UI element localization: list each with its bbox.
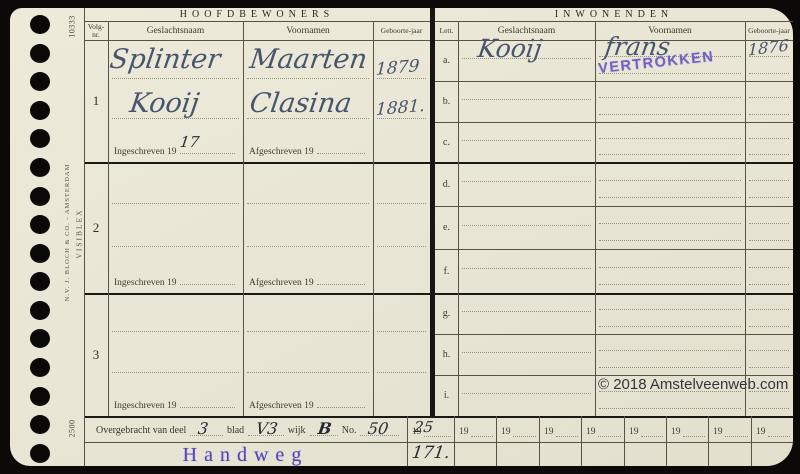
no-label: No. (342, 425, 357, 436)
year-cell: 19 (708, 416, 751, 442)
inwonenden-row-g: g. (435, 293, 793, 334)
brand-name: VISIBLEX (75, 205, 84, 263)
grid-line (458, 21, 459, 416)
inwonenden-row-b: b. (435, 81, 793, 122)
voornamen-cell (595, 334, 745, 375)
year-cell: 19 (751, 416, 793, 442)
letter-cell: f. (435, 249, 458, 293)
punch-hole (30, 187, 50, 206)
letter-cell: i. (435, 375, 458, 416)
punch-hole (30, 387, 50, 406)
geslachtsnaam-cell: Ingeschreven 19 (108, 162, 243, 293)
geslachtsnaam-cell (458, 162, 595, 206)
letter-value: g. (443, 308, 451, 319)
overgebracht-row: Overgebracht van deel 3 blad V3 wijk B N… (84, 416, 407, 442)
letter-value: a. (443, 55, 450, 66)
punch-hole (30, 158, 50, 177)
voornamen-cell: Afgeschreven 19 (243, 162, 373, 293)
col-header-geboortejaar: Geboorte-jaar (373, 21, 430, 40)
letter-value: e. (443, 222, 450, 233)
letter-cell: e. (435, 206, 458, 249)
ingeschreven-label: Ingeschreven 19 (114, 278, 177, 288)
handwritten-year: 25 (413, 418, 435, 436)
letter-value: d. (443, 179, 451, 190)
scan-background: { "card": { "margin": { "top_number": "1… (0, 0, 800, 474)
inwonenden-row-c: c. (435, 122, 793, 162)
geslachtsnaam-cell (458, 81, 595, 122)
punch-hole (30, 15, 50, 34)
geslachtsnaam-cell (458, 375, 595, 416)
geboortejaar-cell (745, 81, 793, 122)
wijk-value: B (316, 419, 332, 438)
punch-hole (30, 129, 50, 148)
blad-value: V3 (255, 419, 279, 438)
handwritten-voornamen: Clasina (248, 88, 354, 119)
inwonenden-title: INWONENDEN (435, 8, 793, 21)
punch-hole (30, 301, 50, 320)
handwritten-geslachtsnaam-inw: Kooij (476, 34, 544, 63)
blad-label: blad (227, 425, 244, 436)
punch-hole (30, 415, 50, 434)
geslachtsnaam-cell (458, 122, 595, 162)
punch-hole (30, 44, 50, 63)
grid-line (84, 21, 793, 22)
grid-line (84, 8, 85, 466)
geslachtsnaam-cell (458, 206, 595, 249)
voornamen-cell (595, 249, 745, 293)
voornamen-cell (595, 122, 745, 162)
grid-line (435, 249, 793, 250)
geboortejaar-cell (745, 122, 793, 162)
geboortejaar-cell (745, 293, 793, 334)
punch-hole (30, 444, 50, 463)
grid-line (745, 21, 746, 416)
volgnr-cell: 3 (84, 293, 108, 416)
geboortejaar-cell (745, 206, 793, 249)
geslachtsnaam-cell (458, 334, 595, 375)
afgeschreven-label: Afgeschreven 19 (249, 401, 314, 411)
voornamen-cell (595, 81, 745, 122)
copyright-watermark: © 2018 Amstelveenweb.com (598, 376, 788, 393)
street-stamp: Handweg (84, 444, 407, 467)
grid-line (595, 21, 596, 416)
geslachtsnaam-cell: Ingeschreven 19 (108, 293, 243, 416)
volgnr-cell: 1 (84, 40, 108, 162)
inwonenden-row-f: f. (435, 249, 793, 293)
inwonenden-row-d: d. (435, 162, 793, 206)
letter-cell: d. (435, 162, 458, 206)
section-divider (430, 8, 435, 416)
voornamen-cell (595, 293, 745, 334)
overgebracht-label: Overgebracht van deel (96, 425, 186, 436)
handwritten-geslachtsnaam: Kooij (128, 88, 201, 119)
registry-card: 10333 VISIBLEX N.V. J. BLOCH & CO. - AMS… (10, 8, 793, 466)
volgnr-cell: 2 (84, 162, 108, 293)
letter-value: h. (443, 349, 451, 360)
handwritten-house-number: 171. (411, 443, 452, 463)
volgnr-value: 3 (93, 347, 100, 363)
geboortejaar-cell (745, 334, 793, 375)
year-cell: 19 (496, 416, 539, 442)
grid-line (243, 21, 244, 416)
geboortejaar-cell (745, 162, 793, 206)
geboortejaar-cell (373, 293, 430, 416)
form-number-top: 10333 (68, 7, 77, 47)
voornamen-cell (595, 206, 745, 249)
year-cell: 19 (539, 416, 581, 442)
col-header-volgnr: Volg-nr. (84, 21, 108, 40)
year-cell: 19 (666, 416, 708, 442)
year-cell: 19 (624, 416, 666, 442)
col-header-voornamen: Voornamen (243, 21, 373, 40)
letter-value: c. (443, 137, 450, 148)
col-header-lett: Lett. (435, 21, 458, 40)
geboortejaar-cell (745, 249, 793, 293)
voornamen-cell (595, 162, 745, 206)
afgeschreven-label: Afgeschreven 19 (249, 278, 314, 288)
voornamen-cell: Afgeschreven 19 (243, 293, 373, 416)
year-cell: 19 (454, 416, 496, 442)
hoofdbewoners-title: HOOFDBEWONERS (84, 8, 430, 21)
letter-value: i. (444, 390, 449, 401)
volgnr-value: 2 (93, 220, 100, 236)
manufacturer-name: N.V. J. BLOCH & CO. - AMSTERDAM (64, 155, 71, 310)
punch-hole (30, 244, 50, 263)
grid-line (435, 81, 793, 82)
handwritten-geslachtsnaam: Splinter (108, 44, 223, 75)
grid-line (84, 162, 793, 164)
punch-hole (30, 101, 50, 120)
grid-line (435, 122, 793, 123)
grid-line (435, 206, 793, 207)
punch-hole (30, 272, 50, 291)
year-cell: 19 (581, 416, 624, 442)
wijk-label: wijk (288, 425, 306, 436)
letter-cell: h. (435, 334, 458, 375)
afgeschreven-label: Afgeschreven 19 (249, 147, 314, 157)
grid-line (84, 293, 793, 295)
letter-value: f. (444, 266, 450, 277)
form-number-bottom: 2500 (68, 414, 77, 444)
letter-cell: a. (435, 40, 458, 81)
inwonenden-row-e: e. (435, 206, 793, 249)
grid-line (435, 334, 793, 335)
punch-hole (30, 358, 50, 377)
grid-line (84, 40, 793, 41)
handwritten-ingeschreven-year: 17 (179, 133, 201, 151)
punch-hole (30, 72, 50, 91)
inwonenden-row-h: h. (435, 334, 793, 375)
ingeschreven-label: Ingeschreven 19 (114, 147, 177, 157)
geslachtsnaam-cell (458, 293, 595, 334)
deel-value: 3 (197, 419, 210, 438)
ingeschreven-label: Ingeschreven 19 (114, 401, 177, 411)
letter-cell: c. (435, 122, 458, 162)
no-value: 50 (367, 419, 390, 438)
handwritten-voornamen: Maarten (248, 44, 369, 75)
letter-cell: g. (435, 293, 458, 334)
punch-hole (30, 329, 50, 348)
handwritten-geboortejaar: 1879 (375, 56, 420, 80)
letter-value: b. (443, 96, 451, 107)
geboortejaar-cell (373, 162, 430, 293)
geslachtsnaam-cell (458, 249, 595, 293)
hoofdbewoners-row-3: 3 Ingeschreven 19 Afgeschreven 19 (84, 293, 430, 416)
grid-line (108, 21, 109, 416)
grid-line (373, 21, 374, 416)
volgnr-value: 1 (93, 93, 100, 109)
hoofdbewoners-row-2: 2 Ingeschreven 19 Afgeschreven 19 (84, 162, 430, 293)
col-header-geslachtsnaam: Geslachtsnaam (108, 21, 243, 40)
letter-cell: b. (435, 81, 458, 122)
punch-hole (30, 215, 50, 234)
